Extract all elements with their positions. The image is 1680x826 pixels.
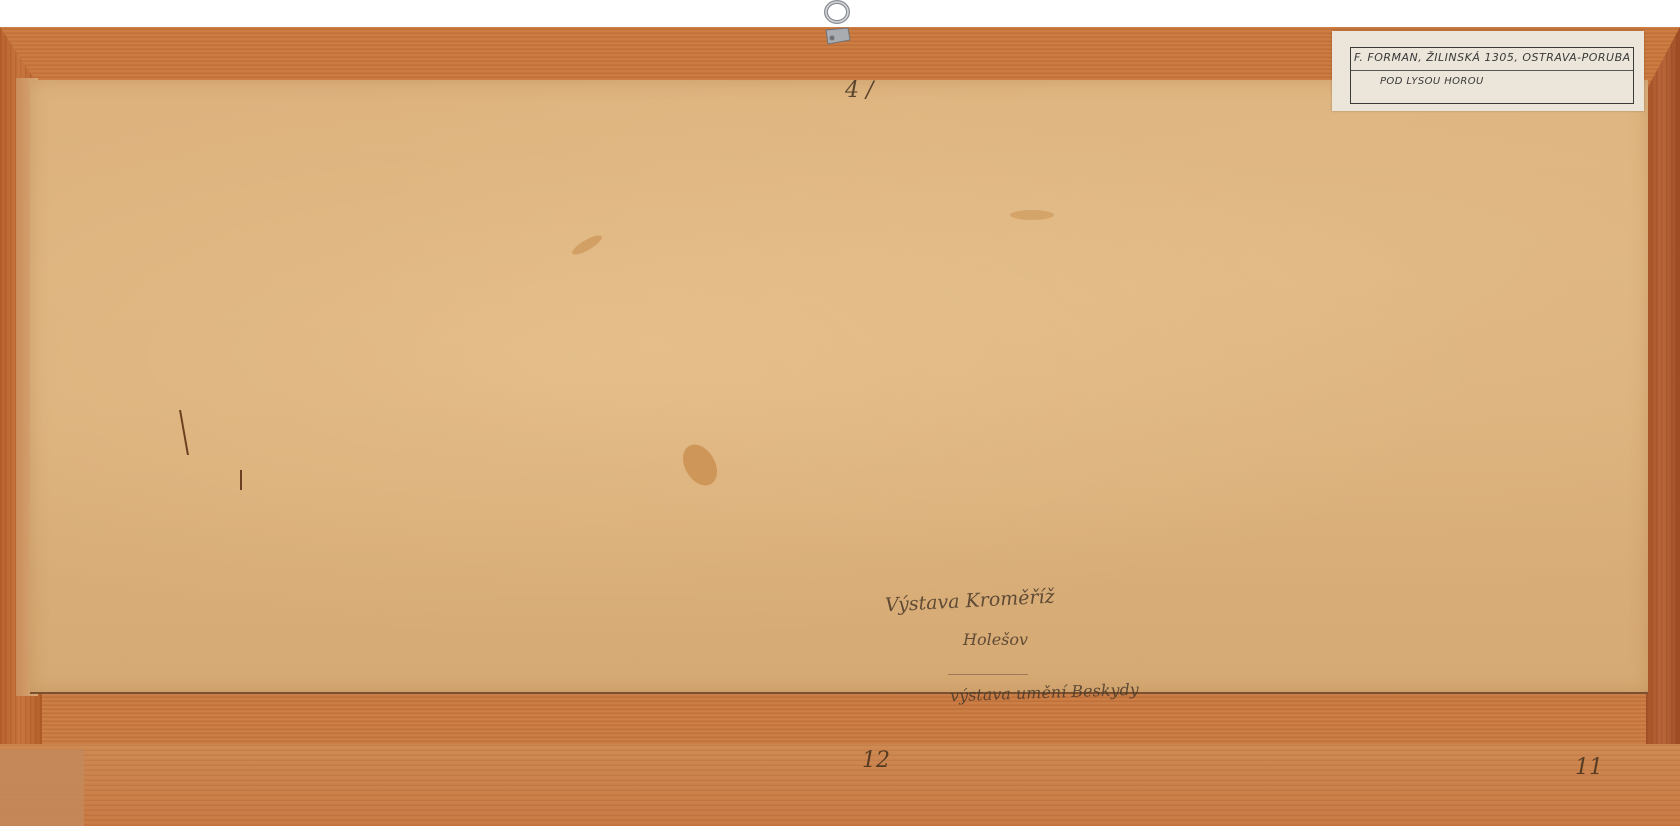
- frame-bottom-rail: [0, 744, 1680, 826]
- frame-mark-bottom-right: 11: [1575, 755, 1603, 780]
- hanging-ring-icon: [820, 0, 854, 50]
- pencil-note-town: Holešov: [963, 630, 1028, 649]
- water-stain: [676, 438, 724, 491]
- water-stain: [570, 232, 604, 258]
- paper-tear: [240, 470, 242, 490]
- label-divider: [1351, 70, 1633, 71]
- frame-mark-top: 4 /: [845, 78, 873, 103]
- paper-tear: [179, 410, 189, 455]
- frame-corner-patch: [0, 750, 84, 826]
- water-stain: [1010, 210, 1054, 220]
- frame-right-stile: [1646, 27, 1680, 826]
- label-artist-address: F. FORMAN, ŽILINSKÁ 1305, OSTRAVA-PORUBA: [1354, 51, 1631, 64]
- pencil-underline: [948, 674, 1028, 675]
- paper-backing: [30, 80, 1648, 694]
- label-artwork-title: POD LYSOU HOROU: [1380, 76, 1484, 87]
- artist-label: F. FORMAN, ŽILINSKÁ 1305, OSTRAVA-PORUBA…: [1332, 31, 1644, 111]
- frame-mark-bottom: 12: [862, 748, 890, 773]
